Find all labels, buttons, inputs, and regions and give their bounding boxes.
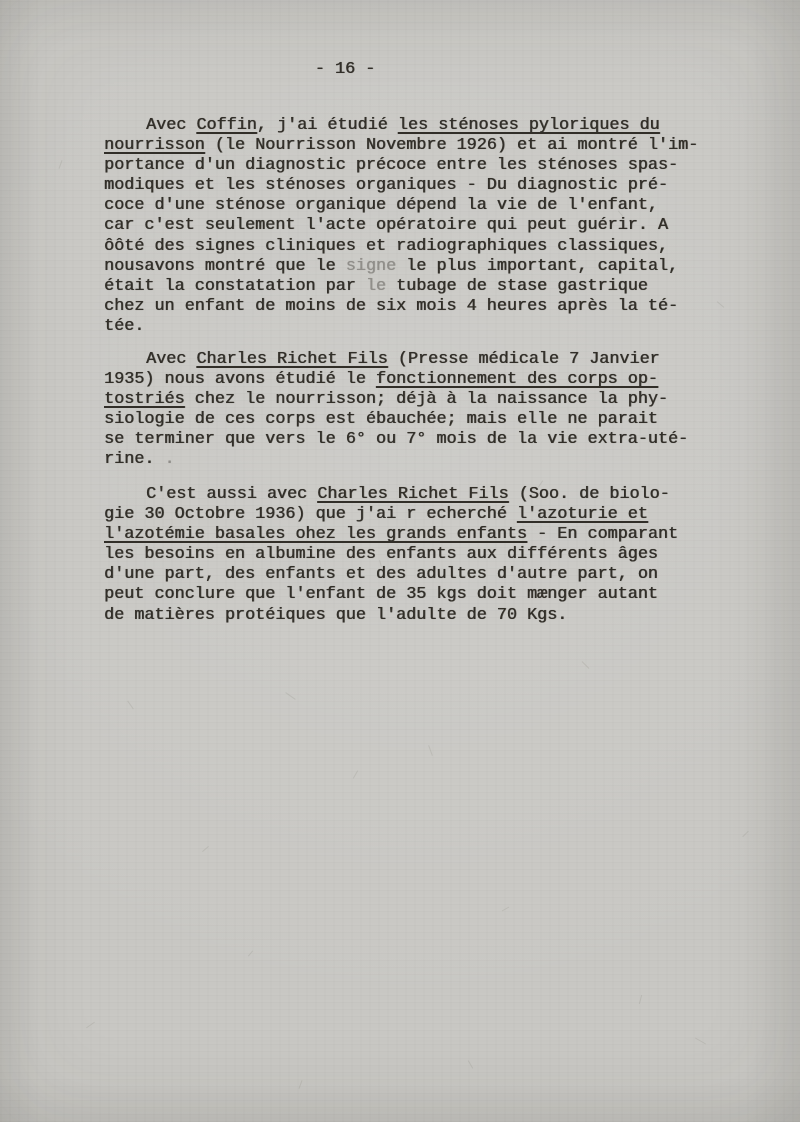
text-segment: de matières protéiques que l'adulte de 7…: [104, 606, 567, 625]
text-segment: Avec: [146, 116, 196, 135]
text-segment: siologie de ces corps est ébauchée; mais…: [104, 410, 658, 429]
underlined-text: Coffin: [196, 116, 256, 135]
text-line: C'est aussi avec Charles Richet Fils (So…: [104, 485, 744, 505]
text-segment: rine.: [104, 450, 154, 469]
paragraph-richet-azoturie: C'est aussi avec Charles Richet Fils (So…: [104, 485, 744, 626]
text-line: les besoins en albumine des enfants aux …: [104, 545, 744, 565]
underlined-text: Charles Richet Fils: [317, 485, 508, 504]
text-line: 1935) nous avons étudié le fonctionnemen…: [104, 370, 744, 390]
text-segment: 1935) nous avons étudié le: [104, 370, 376, 389]
underlined-text: Charles Richet Fils: [196, 350, 387, 369]
text-segment: le plus important, capital,: [396, 257, 678, 276]
text-line: nourrisson (le Nourrisson Novembre 1926)…: [104, 136, 744, 156]
text-segment: gie 30 Octobre 1936) que j'ai r echerché: [104, 505, 517, 524]
paragraph-richet-corps-optostries: Avec Charles Richet Fils (Presse médical…: [104, 350, 744, 471]
text-segment: portance d'un diagnostic précoce entre l…: [104, 156, 678, 175]
text-line: Avec Charles Richet Fils (Presse médical…: [104, 350, 744, 370]
text-line: car c'est seulement l'acte opératoire qu…: [104, 216, 744, 236]
text-line: était la constatation par le tubage de s…: [104, 277, 744, 297]
text-segment: modiques et les sténoses organiques - Du…: [104, 176, 668, 195]
text-segment: chez le nourrisson; déjà à la naissance …: [185, 390, 668, 409]
text-segment: le: [366, 277, 386, 296]
text-segment: nousavons montré que le: [104, 257, 346, 276]
text-segment: - En comparant: [527, 525, 678, 544]
text-line: modiques et les sténoses organiques - Du…: [104, 176, 744, 196]
page-number: - 16 -: [299, 60, 391, 79]
text-segment: , j'ai étudié: [257, 116, 398, 135]
underlined-text: l'azotémie basales ohez les grands enfan…: [104, 525, 527, 544]
text-line: tostriés chez le nourrisson; déjà à la n…: [104, 390, 744, 410]
text-line: se terminer que vers le 6° ou 7° mois de…: [104, 430, 744, 450]
text-line: rine. .: [104, 450, 744, 470]
text-line: tée.: [104, 317, 744, 337]
paragraph-coffin: Avec Coffin, j'ai étudié les sténoses py…: [104, 116, 744, 337]
text-segment: était la constatation par: [104, 277, 366, 296]
text-line: nousavons montré que le signe le plus im…: [104, 257, 744, 277]
text-segment: .: [154, 450, 174, 469]
text-segment: tée.: [104, 317, 144, 336]
text-segment: C'est aussi avec: [146, 485, 317, 504]
text-segment: se terminer que vers le 6° ou 7° mois de…: [104, 430, 688, 449]
text-segment: (Presse médicale 7 Janvier: [388, 350, 660, 369]
text-line: gie 30 Octobre 1936) que j'ai r echerché…: [104, 505, 744, 525]
text-line: siologie de ces corps est ébauchée; mais…: [104, 410, 744, 430]
text-line: coce d'une sténose organique dépend la v…: [104, 196, 744, 216]
text-segment: car c'est seulement l'acte opératoire qu…: [104, 216, 668, 235]
text-segment: signe: [346, 257, 396, 276]
text-line: Avec Coffin, j'ai étudié les sténoses py…: [104, 116, 744, 136]
text-line: ôôté des signes cliniques et radiographi…: [104, 237, 744, 257]
text-line: d'une part, des enfants et des adultes d…: [104, 565, 744, 585]
text-segment: Avec: [146, 350, 196, 369]
text-line: de matières protéiques que l'adulte de 7…: [104, 606, 744, 626]
text-segment: les besoins en albumine des enfants aux …: [104, 545, 658, 564]
underlined-text: fonctionnement des corps op-: [376, 370, 658, 389]
text-line: peut conclure que l'enfant de 35 kgs doi…: [104, 585, 744, 605]
underlined-text: l'azoturie et: [517, 505, 648, 524]
text-segment: (le Nourrisson Novembre 1926) et ai mont…: [205, 136, 698, 155]
text-segment: d'une part, des enfants et des adultes d…: [104, 565, 658, 584]
text-segment: coce d'une sténose organique dépend la v…: [104, 196, 658, 215]
text-segment: chez un enfant de moins de six mois 4 he…: [104, 297, 678, 316]
text-line: l'azotémie basales ohez les grands enfan…: [104, 525, 744, 545]
underlined-text: nourrisson: [104, 136, 205, 155]
text-segment: peut conclure que l'enfant de 35 kgs doi…: [104, 585, 658, 604]
text-segment: tubage de stase gastrique: [386, 277, 648, 296]
text-segment: ôôté des signes cliniques et radiographi…: [104, 237, 668, 256]
text-segment: (Soo. de biolo-: [509, 485, 670, 504]
text-line: portance d'un diagnostic précoce entre l…: [104, 156, 744, 176]
underlined-text: les sténoses pyloriques du: [398, 116, 660, 135]
underlined-text: tostriés: [104, 390, 185, 409]
text-line: chez un enfant de moins de six mois 4 he…: [104, 297, 744, 317]
